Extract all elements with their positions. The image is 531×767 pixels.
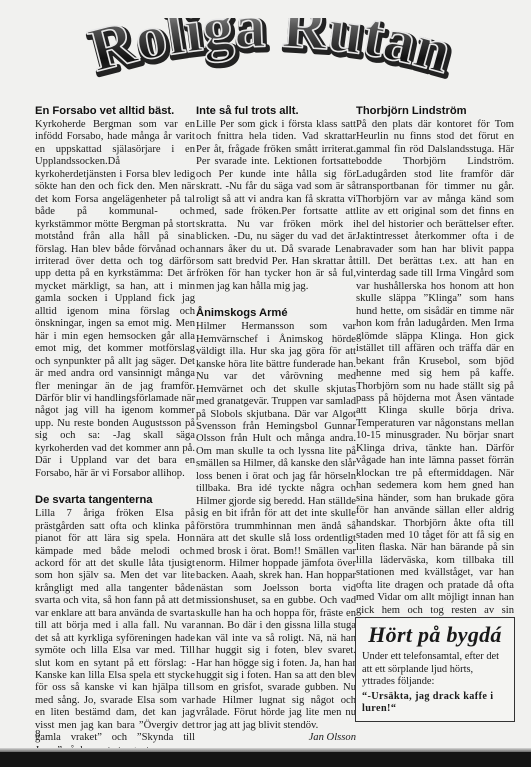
masthead-title-art: Roliga Rutan Roliga Rutan — [20, 18, 520, 108]
article-heading: Ånimskogs Armé — [196, 306, 356, 320]
page-number: 8 — [35, 728, 41, 740]
article-heading: Thorbjörn Lindström — [356, 104, 514, 118]
article-body: Hilmer Hermansson som var Hemvärnschef i… — [196, 321, 356, 732]
column-left: En Forsabo vet alltid bäst. Kyrkoherde B… — [35, 104, 195, 757]
masthead: Roliga Rutan Roliga Rutan — [20, 18, 520, 108]
box-intro: Under ett telefonsamtal, efter det att e… — [362, 651, 508, 689]
column-right: Thorbjörn Lindström På den plats där kon… — [356, 104, 514, 642]
article-heading: Inte så ful trots allt. — [196, 104, 356, 118]
article-body: Lilla 7 åriga fröken Elsa på prästgården… — [35, 508, 195, 757]
article-heading: En Forsabo vet alltid bäst. — [35, 104, 195, 118]
box-quote: “-Ursäkta, jag drack kaffe i luren!“ — [362, 691, 508, 716]
article-animskogs-arme: Ånimskogs Armé Hilmer Hermansson som var… — [196, 306, 356, 744]
hort-pa-bygda-box: Hört på bygdá Under ett telefonsamtal, e… — [355, 617, 515, 722]
article-svarta-tangenterna: De svarta tangenterna Lilla 7 åriga frök… — [35, 493, 195, 757]
article-thorbjorn-lindstrom: Thorbjörn Lindström På den plats där kon… — [356, 104, 514, 642]
page-bottom-edge — [0, 752, 531, 767]
author-signature: Jan Olsson — [196, 732, 356, 744]
article-body: Lille Per som gick i första klass satt o… — [196, 119, 356, 293]
article-heading: De svarta tangenterna — [35, 493, 195, 507]
box-title: Hört på bygdá — [362, 622, 508, 648]
column-middle: Inte så ful trots allt. Lille Per som gi… — [196, 104, 356, 745]
article-inte-sa-ful: Inte så ful trots allt. Lille Per som gi… — [196, 104, 356, 293]
magazine-page: Roliga Rutan Roliga Rutan En Forsabo vet… — [0, 0, 531, 752]
article-body: Kyrkoherde Bergman som var en infödd For… — [35, 119, 195, 480]
article-body: På den plats där kontoret för Tom Heurli… — [356, 119, 514, 642]
article-forsabo: En Forsabo vet alltid bäst. Kyrkoherde B… — [35, 104, 195, 480]
